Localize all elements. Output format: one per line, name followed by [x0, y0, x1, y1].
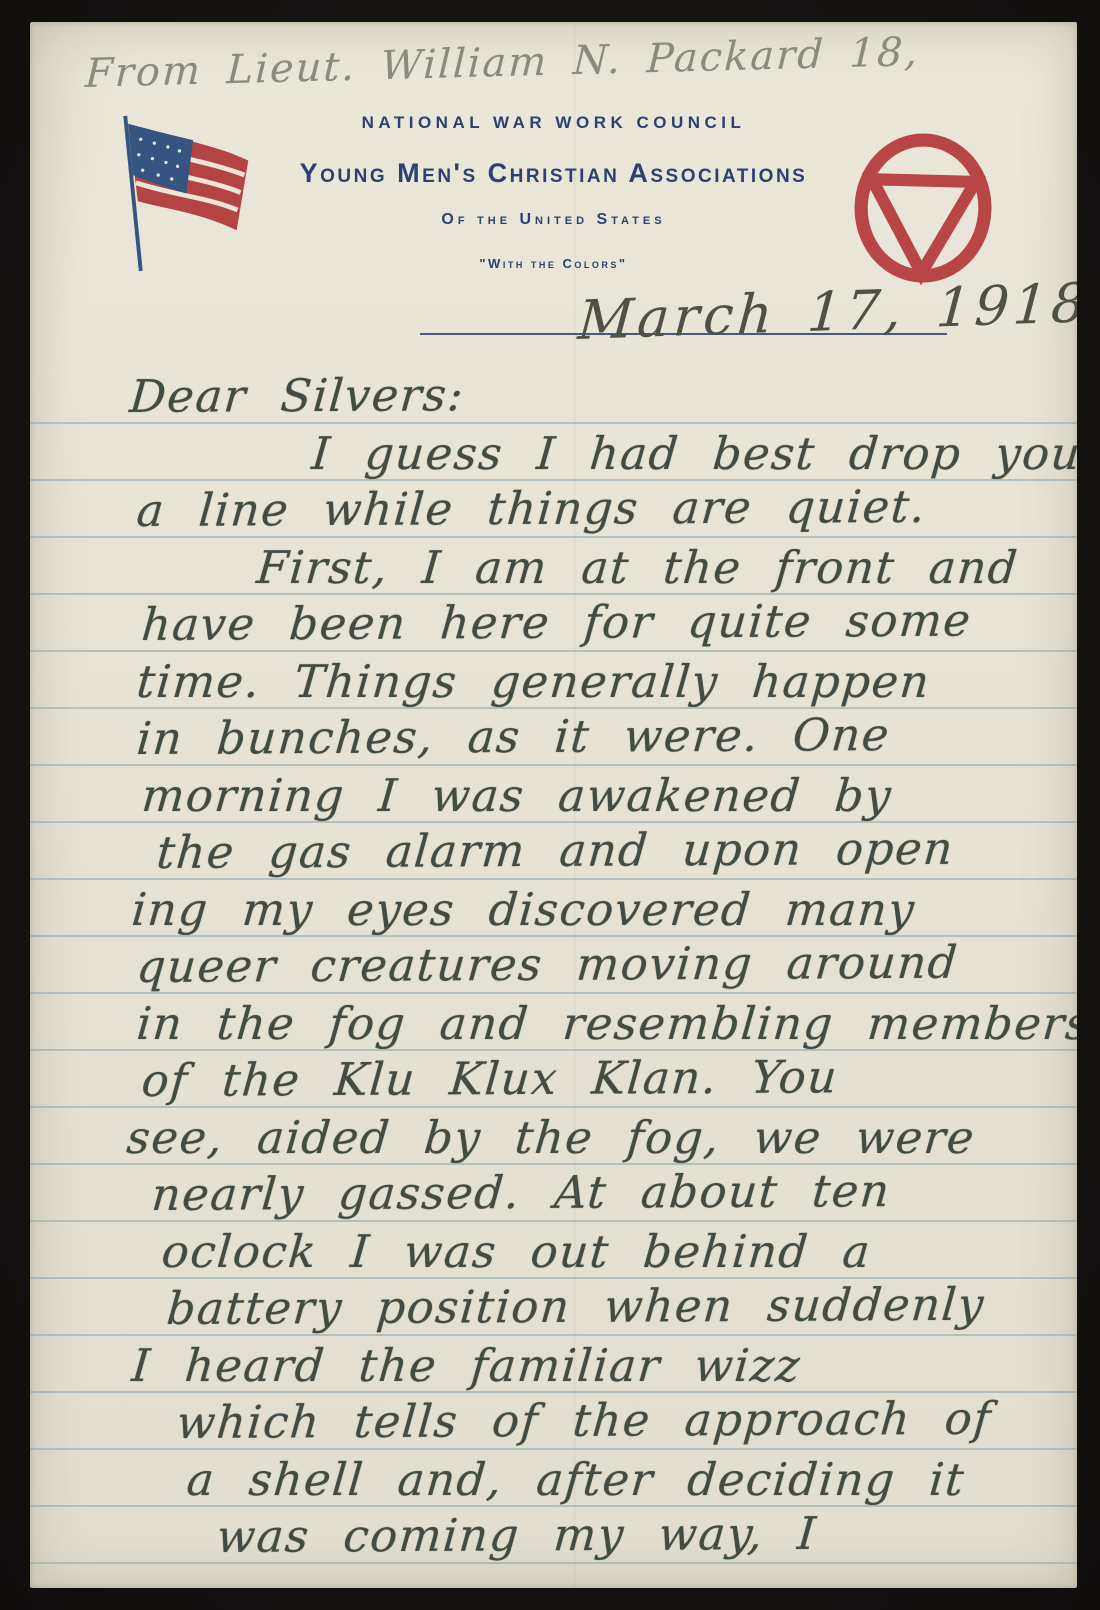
handwritten-line: a line while things are quiet.	[135, 484, 928, 533]
photograph-background: From Lieut. William N. Packard 18, NATIO…	[0, 0, 1100, 1610]
handwritten-line: Dear Silvers:	[128, 372, 466, 419]
handwritten-line: I heard the familiar wizz	[130, 1343, 803, 1388]
handwritten-line: the gas alarm and upon open	[155, 826, 956, 875]
letter-paper: From Lieut. William N. Packard 18, NATIO…	[30, 22, 1077, 1588]
handwritten-line: time. Things generally happen	[135, 659, 932, 704]
handwritten-line: I guess I had best drop you	[310, 431, 1077, 476]
handwritten-line: oclock I was out behind a	[160, 1229, 873, 1274]
handwritten-line: morning I was awakened by	[140, 773, 894, 818]
handwritten-line: see, aided by the fog, we were	[125, 1115, 977, 1160]
handwritten-line: in the fog and resembling members	[135, 1001, 1077, 1046]
handwritten-line: of the Klu Klux Klan. You	[140, 1054, 840, 1103]
handwritten-line: nearly gassed. At about ten	[150, 1168, 892, 1217]
handwritten-line: a shell and, after deciding it	[185, 1457, 967, 1502]
handwritten-line: have been here for quite some	[140, 598, 973, 647]
handwritten-line: ing my eyes discovered many	[130, 887, 917, 932]
letter-body: Dear Silvers:I guess I had best drop you…	[30, 22, 1077, 1588]
handwritten-line: was coming my way, I	[215, 1511, 819, 1559]
handwritten-line: battery position when suddenly	[165, 1282, 987, 1331]
handwritten-line: in bunches, as it were. One	[135, 712, 892, 761]
handwritten-line: First, I am at the front and	[255, 545, 1020, 590]
handwritten-line: queer creatures moving around	[135, 940, 960, 989]
handwritten-line: which tells of the approach of	[175, 1396, 994, 1445]
